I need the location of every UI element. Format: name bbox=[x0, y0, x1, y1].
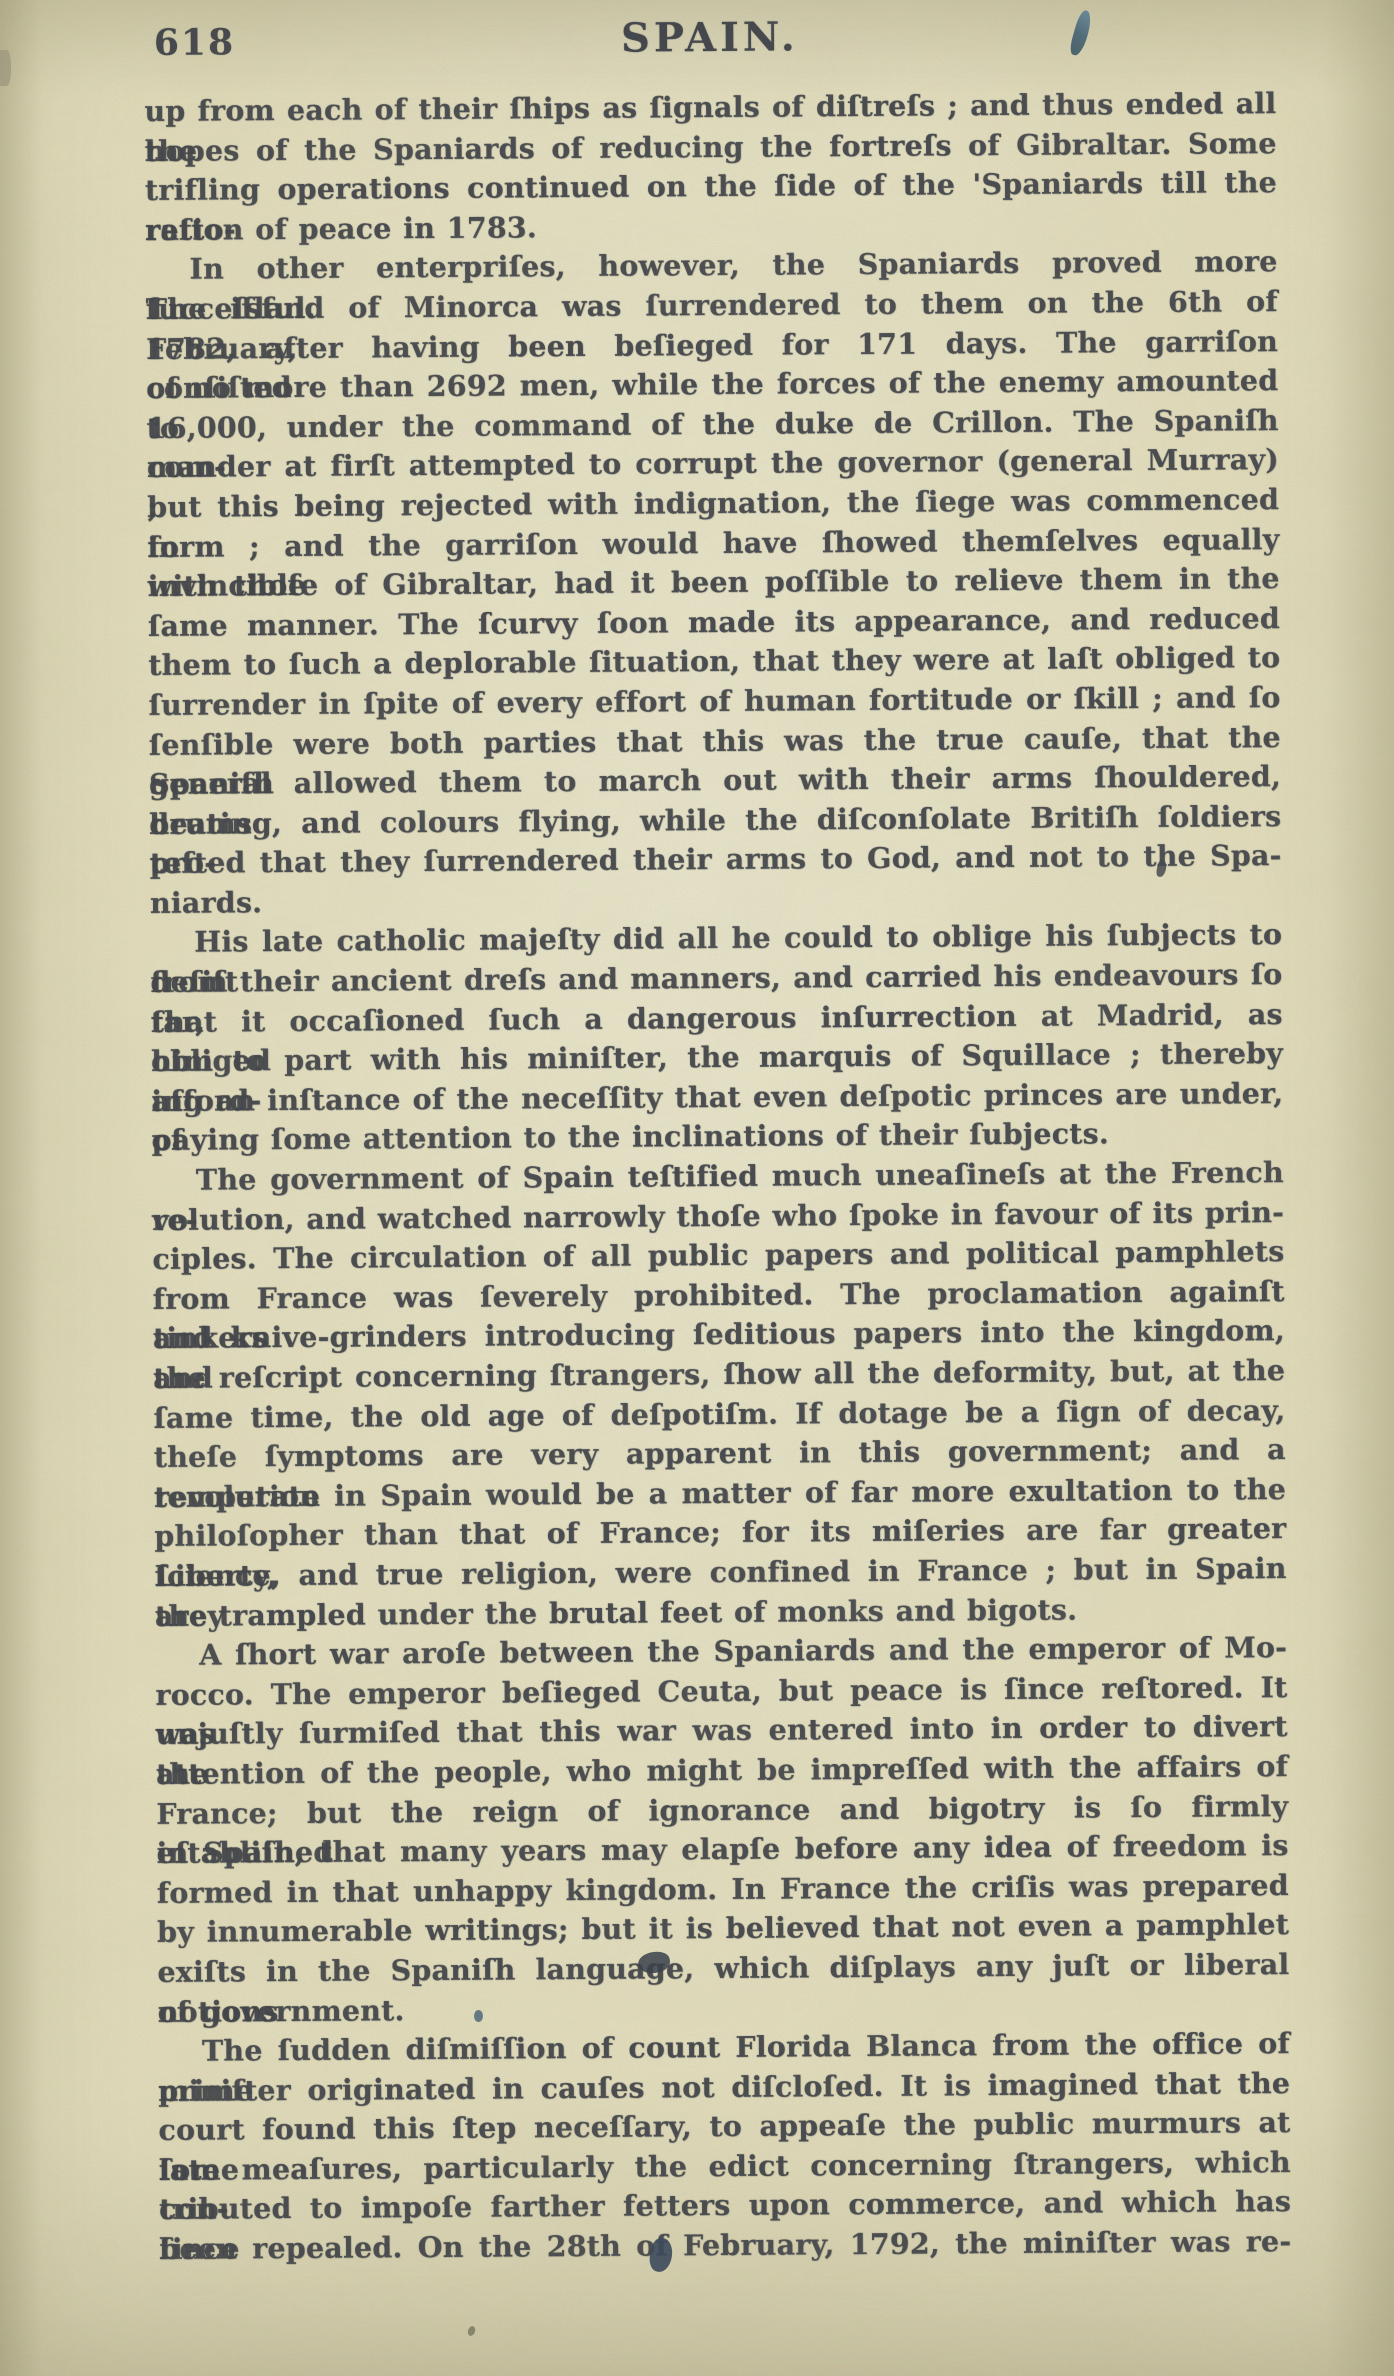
edge-mark-left bbox=[0, 50, 11, 86]
text-line: trifling operations continued on the ſid… bbox=[145, 163, 1277, 210]
speck-bottom bbox=[467, 2325, 477, 2337]
paragraph: His late catholic majeſty did all he cou… bbox=[150, 916, 1284, 1161]
running-title: SPAIN. bbox=[144, 10, 1276, 65]
paragraph: In other enterpriſes, however, the Spani… bbox=[145, 242, 1282, 923]
text-line: teſted that they ſurrendered their arms … bbox=[150, 836, 1282, 883]
book-page-scan: 618 SPAIN. up from each of their ſhips a… bbox=[0, 0, 1394, 2376]
paragraph: The government of Spain teſtified much u… bbox=[152, 1153, 1287, 1636]
paragraph: up from each of their ſhips as ſignals o… bbox=[144, 84, 1277, 250]
paragraph: A ſhort war aroſe between the Spaniards … bbox=[155, 1628, 1290, 2032]
text-line: exiſts in the Spaniſh language, which di… bbox=[157, 1945, 1289, 1992]
text-line: ſcience, and true religion, were confine… bbox=[154, 1549, 1286, 1596]
paragraph: The ſudden diſmiſſion of count Florida B… bbox=[158, 2024, 1292, 2269]
page-sheet: 618 SPAIN. up from each of their ſhips a… bbox=[144, 8, 1292, 2270]
text-column: up from each of their ſhips as ſignals o… bbox=[144, 84, 1291, 2270]
page-header: 618 SPAIN. bbox=[144, 8, 1276, 80]
text-line: been repealed. On the 28th of February, … bbox=[159, 2222, 1291, 2269]
